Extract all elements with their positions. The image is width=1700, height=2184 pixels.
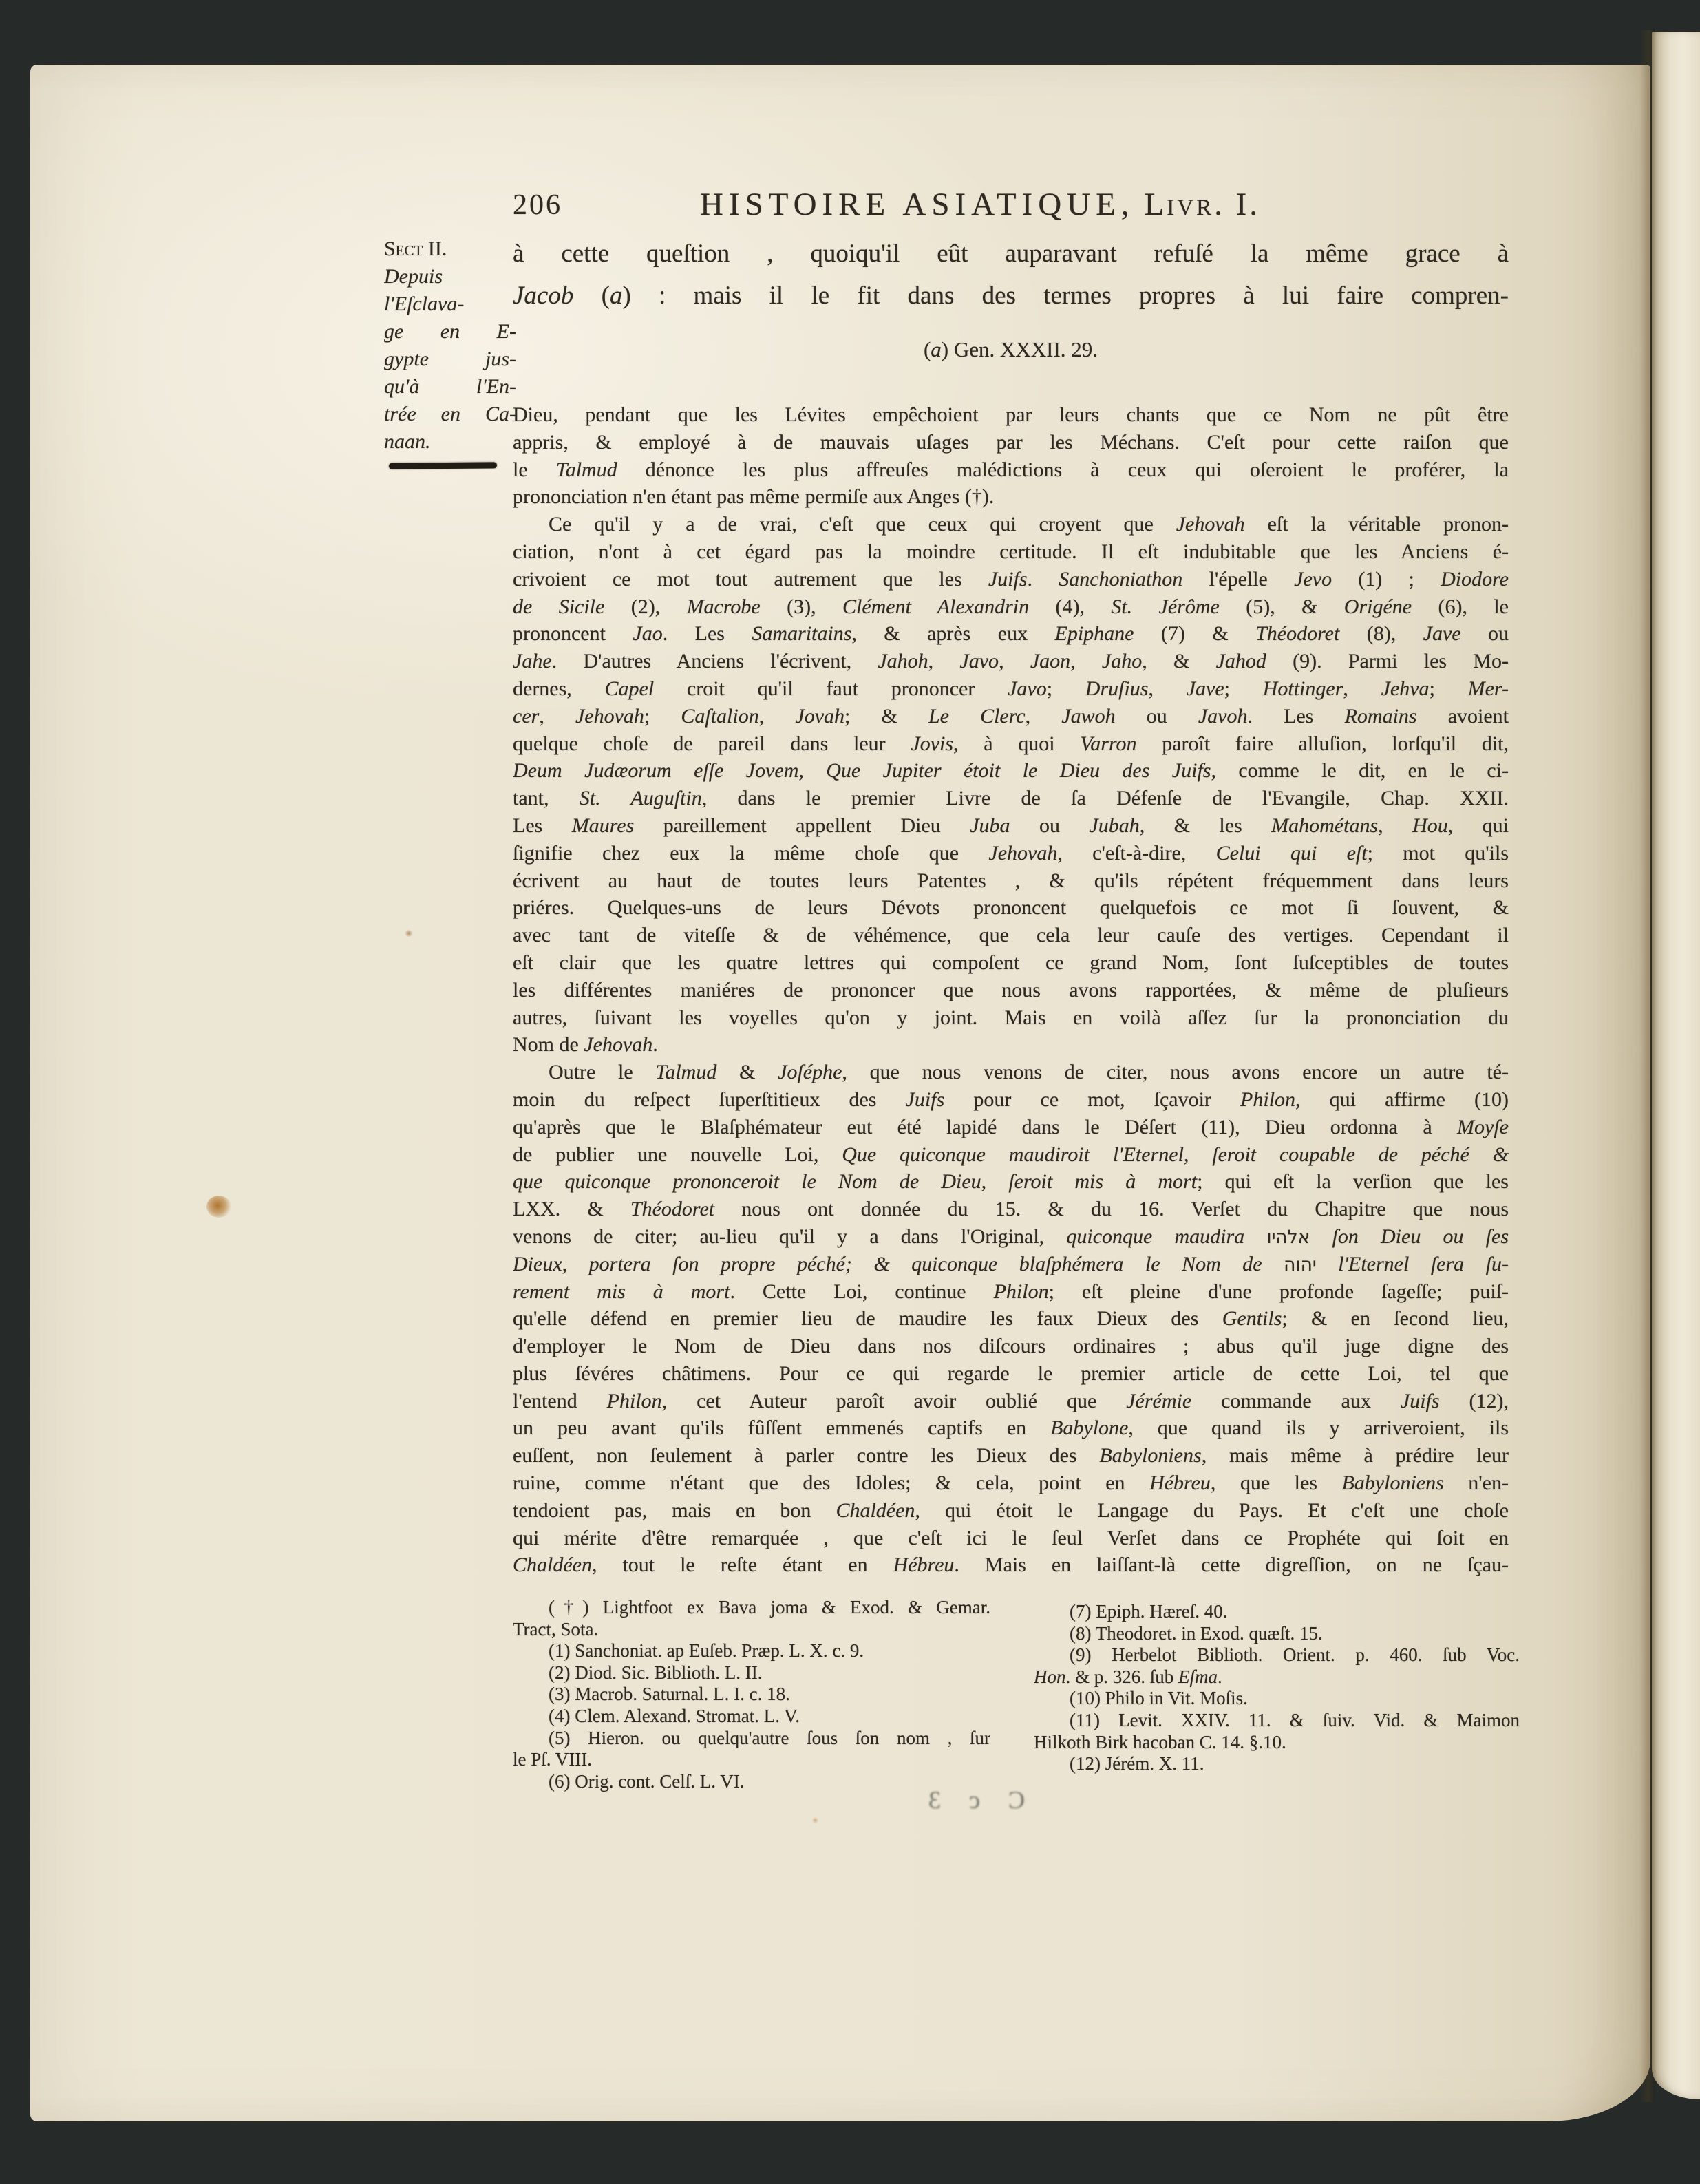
body-line: de Sicile (2), Macrobe (3), Clément Alex… [513, 593, 1509, 621]
body-line: qu'elle défend en premier lieu de maudir… [513, 1305, 1509, 1333]
body-line: Dieux, portera ſon propre péché; & quico… [513, 1251, 1509, 1278]
body-line: que quiconque prononceroit le Nom de Die… [513, 1168, 1509, 1196]
footnote-line: Hon. & p. 326. ſub Eſma. [1034, 1666, 1520, 1688]
footnote-line: (8) Theodoret. in Exod. quæſt. 15. [1034, 1623, 1520, 1645]
body-line: Les Maures pareillement appellent Dieu J… [513, 812, 1509, 840]
body-line: priéres. Quelques-uns de leurs Dévots pr… [513, 894, 1509, 922]
footnote-line: (5) Hieron. ou quelqu'autre ſous ſon nom… [513, 1728, 990, 1750]
body-line: Deum Judæorum eſſe Jovem, Que Jupiter ét… [513, 757, 1509, 785]
footnote-line: (12) Jérém. X. 11. [1034, 1753, 1520, 1775]
body-line: plus ſévéres châtimens. Pour ce qui rega… [513, 1360, 1509, 1388]
footnote-line: Tract, Sota. [513, 1619, 990, 1641]
body-line: autres, ſuivant les voyelles qu'on y joi… [513, 1004, 1509, 1032]
footnote-line: (3) Macrob. Saturnal. L. I. c. 18. [513, 1684, 990, 1706]
body-line: un peu avant qu'ils fûſſent emmenés capt… [513, 1414, 1509, 1442]
footnote-line: (2) Diod. Sic. Biblioth. L. II. [513, 1662, 990, 1684]
margin-note-line: ge en E- [384, 318, 516, 346]
footnote-line: (9) Herbelot Biblioth. Orient. p. 460. ſ… [1034, 1644, 1520, 1666]
body-line: Dieu, pendant que les Lévites empêchoien… [513, 401, 1509, 429]
margin-note-line: Depuis [384, 263, 516, 290]
body-line: tant, St. Auguſtin, dans le premier Livr… [513, 785, 1509, 812]
footnotes-left-column: (†) Lightfoot ex Bava joma & Exod. & Gem… [513, 1597, 990, 1792]
margin-note-line: gypte jus- [384, 346, 516, 373]
body-line: dernes, Capel croit qu'il faut prononcer… [513, 675, 1509, 703]
body-line: ſignifie chez eux la même choſe que Jeho… [513, 840, 1509, 867]
body-line: Chaldéen, tout le reſte étant en Hébreu.… [513, 1551, 1509, 1579]
footnote-line: Hilkoth Birk hacoban C. 14. §.10. [1034, 1732, 1520, 1754]
intro-line: Jacob (a) : mais il le fit dans des term… [513, 275, 1509, 317]
body-text: Dieu, pendant que les Lévites empêchoien… [513, 401, 1509, 1579]
book-photo: { "page": { "number": "206", "header": {… [0, 0, 1700, 2184]
body-line: qui mérite d'être remarquée , que c'eſt … [513, 1525, 1509, 1552]
footnote-line: (†) Lightfoot ex Bava joma & Exod. & Gem… [513, 1597, 990, 1619]
body-line: avec tant de viteſſe & de véhémence, que… [513, 922, 1509, 949]
body-line: LXX. & Théodoret nous ont donnée du 15. … [513, 1196, 1509, 1223]
body-line: qu'après que le Blaſphémateur eut été la… [513, 1114, 1509, 1141]
margin-note-line: l'Eſclava- [384, 290, 516, 318]
body-line: quelque choſe de pareil dans leur Jovis,… [513, 730, 1509, 758]
footnote-line: (10) Philo in Vit. Moſis. [1034, 1688, 1520, 1710]
section-rule [389, 462, 497, 469]
intro-line: à cette queſtion , quoiqu'il eût auparav… [513, 233, 1509, 275]
margin-note: Sect II.Depuisl'Eſclava-ge en E-gypte ju… [384, 235, 516, 456]
margin-note-line: Sect II. [384, 235, 516, 263]
body-line: crivoient ce mot tout autrement que les … [513, 566, 1509, 593]
margin-note-line: qu'à l'En- [384, 373, 516, 401]
body-line: cer, Jehovah; Caſtalion, Jovah; & Le Cle… [513, 703, 1509, 730]
body-line: Outre le Talmud & Joſéphe, que nous veno… [513, 1059, 1509, 1086]
body-line: Ce qu'il y a de vrai, c'eſt que ceux qui… [513, 511, 1509, 538]
body-line: eſt clair que les quatre lettres qui com… [513, 949, 1509, 977]
paper-speck [405, 930, 413, 937]
body-line: de publier une nouvelle Loi, Que quiconq… [513, 1141, 1509, 1169]
paper-stain [206, 1196, 231, 1218]
margin-note-line: trée en Ca- [384, 401, 516, 428]
running-header: HISTOIRE ASIATIQUE,Livr. I. [471, 186, 1489, 223]
paper-speck [812, 1817, 818, 1823]
footnote-line: le Pſ. VIII. [513, 1749, 990, 1771]
footnote-line: (11) Levit. XXIV. 11. & ſuiv. Vid. & Mai… [1034, 1710, 1520, 1732]
body-line: euſſent, non ſeulement à parler contre l… [513, 1442, 1509, 1470]
running-header-book: Livr. I. [1145, 187, 1260, 222]
body-line: le Talmud dénonce les plus affreuſes mal… [513, 456, 1509, 484]
margin-note-line: naan. [384, 428, 516, 456]
signature-bleed-through: C c 3 [917, 1785, 1025, 1814]
body-line: ruine, comme n'étant que des Idoles; & c… [513, 1470, 1509, 1497]
body-line: Jahe. D'autres Anciens l'écrivent, Jahoh… [513, 648, 1509, 675]
running-header-title: HISTOIRE ASIATIQUE, [700, 187, 1135, 222]
intro-paragraph: à cette queſtion , quoiqu'il eût auparav… [513, 233, 1509, 317]
body-line: prononciation n'en étant pas même permiſ… [513, 483, 1509, 511]
footnote-line: (7) Epiph. Hæreſ. 40. [1034, 1601, 1520, 1623]
body-line: moin du reſpect ſuperſtitieux des Juifs … [513, 1086, 1509, 1114]
footnote-a: (a) Gen. XXXII. 29. [513, 337, 1509, 362]
body-line: tendoient pas, mais en bon Chaldéen, qui… [513, 1497, 1509, 1525]
book-page: 206 HISTOIRE ASIATIQUE,Livr. I. Sect II.… [30, 65, 1650, 2121]
body-line: venons de citer; au-lieu qu'il y a dans … [513, 1223, 1509, 1251]
footnote-line: (1) Sanchoniat. ap Euſeb. Præp. L. X. c.… [513, 1640, 990, 1662]
body-line: l'entend Philon, cet Auteur paroît avoir… [513, 1388, 1509, 1415]
body-line: prononcent Jao. Les Samaritains, & après… [513, 620, 1509, 648]
body-line: écrivent au haut de toutes leurs Patente… [513, 867, 1509, 895]
body-line: Nom de Jehovah. [513, 1031, 1509, 1059]
footnotes-right-column: (7) Epiph. Hæreſ. 40.(8) Theodoret. in E… [1034, 1601, 1520, 1775]
body-line: ciation, n'ont à cet égard pas la moindr… [513, 538, 1509, 566]
body-line: les différentes maniéres de prononcer qu… [513, 977, 1509, 1004]
body-line: rement mis à mort. Cette Loi, continue P… [513, 1278, 1509, 1306]
footnote-line: (4) Clem. Alexand. Stromat. L. V. [513, 1706, 990, 1728]
body-line: appris, & employé à de mauvais uſages pa… [513, 429, 1509, 456]
adjacent-page-edge [1652, 32, 1700, 2099]
body-line: d'employer le Nom de Dieu dans nos diſco… [513, 1333, 1509, 1360]
